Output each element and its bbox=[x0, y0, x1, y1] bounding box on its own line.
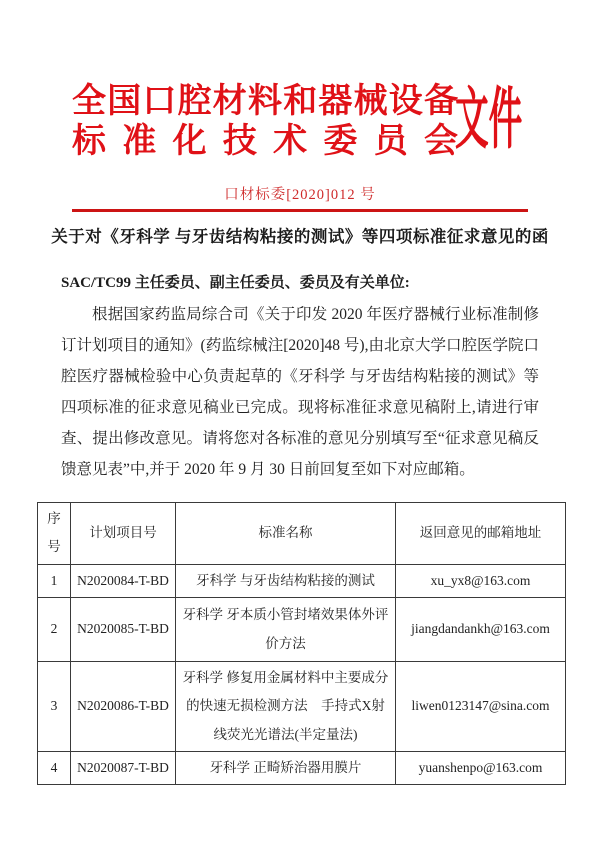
table-header-row: 序号 计划项目号 标准名称 返回意见的邮箱地址 bbox=[38, 503, 566, 565]
email-cell: xu_yx8@163.com bbox=[396, 564, 566, 597]
org-name-line1: 全国口腔材料和器械设备 bbox=[72, 82, 458, 122]
document-title: 关于对《牙科学 与牙齿结构粘接的测试》等四项标准征求意见的函 bbox=[30, 223, 570, 247]
doc-type-label: 文件 bbox=[455, 86, 522, 153]
table-row: 4 N2020087-T-BD 牙科学 正畸矫治器用膜片 yuanshenpo@… bbox=[38, 752, 566, 785]
email-cell: liwen0123147@sina.com bbox=[396, 662, 566, 752]
plan-id-cell: N2020086-T-BD bbox=[71, 662, 176, 752]
table-row: 2 N2020085-T-BD 牙科学 牙本质小管封堵效果体外评价方法 jian… bbox=[38, 598, 566, 662]
standard-name-cell: 牙科学 与牙齿结构粘接的测试 bbox=[176, 564, 396, 597]
header-seq-no: 序号 bbox=[38, 503, 71, 565]
row-number-cell: 4 bbox=[38, 752, 71, 785]
row-number-cell: 1 bbox=[38, 564, 71, 597]
official-document-page: 全国口腔材料和器械设备 标准化技术委员会 文件 口材标委[2020]012 号 … bbox=[0, 0, 600, 848]
body-paragraph: 根据国家药监局综合司《关于印发 2020 年医疗器械行业标准制修订计划项目的通知… bbox=[61, 299, 539, 485]
org-name-line2: 标准化技术委员会 bbox=[72, 122, 458, 162]
table-row: 1 N2020084-T-BD 牙科学 与牙齿结构粘接的测试 xu_yx8@16… bbox=[38, 564, 566, 597]
header-standard-name: 标准名称 bbox=[176, 503, 396, 565]
row-number-cell: 2 bbox=[38, 598, 71, 662]
standard-name-cell: 牙科学 牙本质小管封堵效果体外评价方法 bbox=[176, 598, 396, 662]
doc-number: 口材标委[2020]012 号 bbox=[0, 183, 600, 204]
row-number-cell: 3 bbox=[38, 662, 71, 752]
plan-id-cell: N2020087-T-BD bbox=[71, 752, 176, 785]
standard-name-cell: 牙科学 修复用金属材料中主要成分的快速无损检测方法 手持式X射线荧光光谱法(半定… bbox=[176, 662, 396, 752]
red-divider-rule bbox=[72, 209, 528, 212]
email-cell: jiangdandankh@163.com bbox=[396, 598, 566, 662]
header-plan-id: 计划项目号 bbox=[71, 503, 176, 565]
table-row: 3 N2020086-T-BD 牙科学 修复用金属材料中主要成分的快速无损检测方… bbox=[38, 662, 566, 752]
letterhead: 全国口腔材料和器械设备 标准化技术委员会 bbox=[72, 82, 458, 162]
addressee-line: SAC/TC99 主任委员、副主任委员、委员及有关单位: bbox=[61, 271, 539, 292]
standards-table: 序号 计划项目号 标准名称 返回意见的邮箱地址 1 N2020084-T-BD … bbox=[37, 502, 566, 785]
plan-id-cell: N2020085-T-BD bbox=[71, 598, 176, 662]
header-email: 返回意见的邮箱地址 bbox=[396, 503, 566, 565]
standard-name-cell: 牙科学 正畸矫治器用膜片 bbox=[176, 752, 396, 785]
plan-id-cell: N2020084-T-BD bbox=[71, 564, 176, 597]
email-cell: yuanshenpo@163.com bbox=[396, 752, 566, 785]
